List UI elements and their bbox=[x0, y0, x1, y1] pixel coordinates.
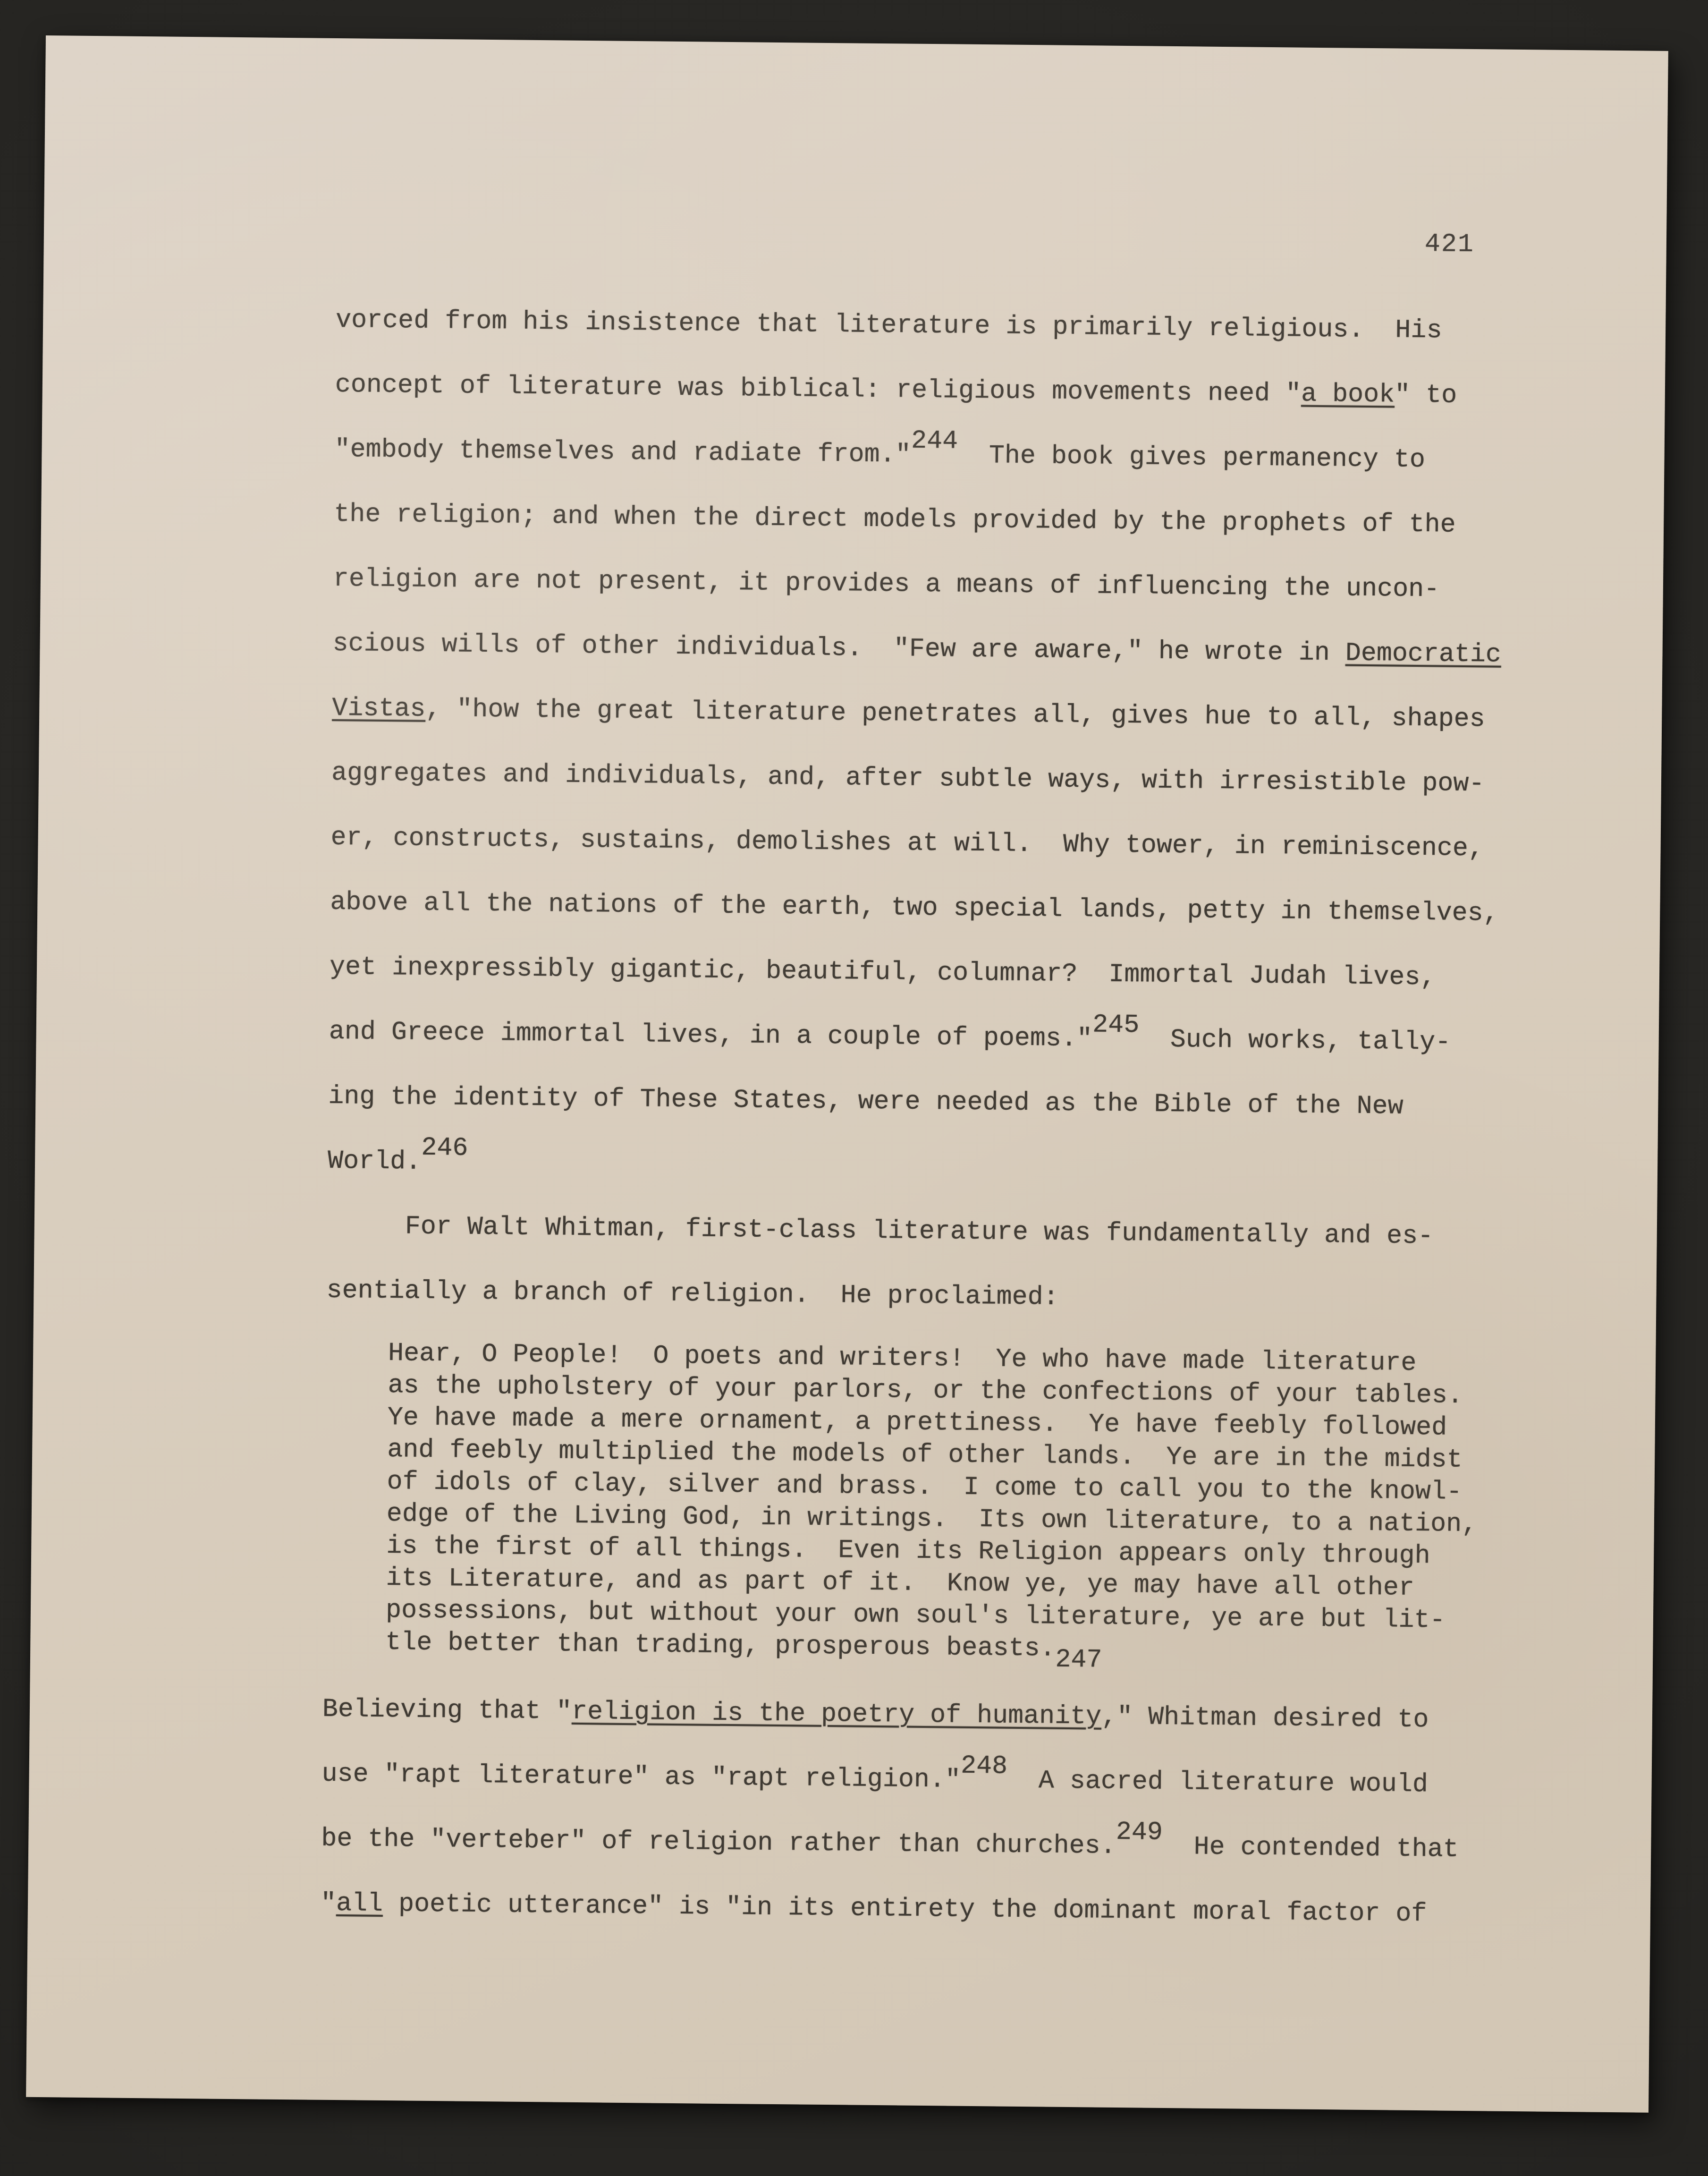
text-segment: yet inexpressibly gigantic, beautiful, c… bbox=[330, 952, 1436, 992]
footnote-marker: 248 bbox=[961, 1751, 1008, 1781]
text-segment: He contended that bbox=[1162, 1832, 1459, 1864]
text-line: and Greece immortal lives, in a couple o… bbox=[329, 999, 1623, 1076]
footnote-marker: 249 bbox=[1116, 1817, 1163, 1847]
text-line: "all poetic utterance" is "in its entire… bbox=[320, 1871, 1614, 1948]
text-segment: aggregates and individuals, and, after s… bbox=[331, 758, 1485, 799]
text-segment: , "how the great literature penetrates a… bbox=[425, 694, 1485, 734]
text-line: sentially a branch of religion. He procl… bbox=[326, 1258, 1620, 1335]
document-text: vorced from his insistence that literatu… bbox=[320, 288, 1629, 1948]
text-line: concept of literature was biblical: reli… bbox=[335, 352, 1629, 429]
text-segment: tle better than trading, prosperous beas… bbox=[385, 1627, 1056, 1664]
footnote-marker: 244 bbox=[911, 425, 958, 456]
text-line: "embody themselves and radiate from."244… bbox=[334, 417, 1628, 494]
text-line: ing the identity of These States, were n… bbox=[328, 1064, 1622, 1141]
text-segment: For Walt Whitman, first-class literature… bbox=[327, 1211, 1434, 1251]
text-line: aggregates and individuals, and, after s… bbox=[331, 740, 1625, 817]
text-segment: sentially a branch of religion. He procl… bbox=[326, 1275, 1059, 1312]
text-segment: religion are not present, it provides a … bbox=[333, 564, 1440, 604]
underlined-text: all bbox=[336, 1888, 383, 1919]
photo-background: 421 vorced from his insistence that lite… bbox=[0, 0, 1708, 2176]
text-segment: be the "verteber" of religion rather tha… bbox=[321, 1824, 1116, 1861]
page-number: 421 bbox=[1425, 229, 1475, 259]
text-line: the religion; and when the direct models… bbox=[334, 482, 1628, 559]
block-quote: Hear, O People! O poets and writers! Ye … bbox=[323, 1337, 1619, 1670]
footnote-marker: 246 bbox=[421, 1132, 468, 1163]
text-segment: er, constructs, sustains, demolishes at … bbox=[330, 823, 1484, 863]
text-segment: ing the identity of These States, were n… bbox=[328, 1081, 1404, 1122]
text-segment: " to bbox=[1395, 380, 1457, 410]
underlined-text: Vistas bbox=[332, 693, 426, 724]
footnote-marker: 245 bbox=[1092, 1010, 1140, 1040]
text-segment: World. bbox=[328, 1146, 422, 1177]
text-line: er, constructs, sustains, demolishes at … bbox=[330, 805, 1624, 882]
text-line: World.246 bbox=[327, 1129, 1621, 1206]
footnote-marker: 247 bbox=[1055, 1645, 1102, 1675]
text-segment: Believing that " bbox=[322, 1694, 572, 1726]
text-segment: " bbox=[321, 1888, 337, 1918]
text-line: yet inexpressibly gigantic, beautiful, c… bbox=[329, 935, 1623, 1011]
text-line: religion are not present, it provides a … bbox=[333, 546, 1627, 623]
underlined-text: Democratic bbox=[1345, 638, 1502, 669]
text-segment: scious wills of other individuals. "Few … bbox=[332, 629, 1345, 668]
paragraph-2: For Walt Whitman, first-class literature… bbox=[326, 1193, 1621, 1335]
text-segment: the religion; and when the direct models… bbox=[334, 499, 1456, 540]
paragraph-3: Believing that "religion is the poetry o… bbox=[320, 1677, 1616, 1948]
text-line: Believing that "religion is the poetry o… bbox=[322, 1677, 1616, 1754]
text-line: For Walt Whitman, first-class literature… bbox=[327, 1193, 1621, 1270]
text-segment: Such works, tally- bbox=[1139, 1024, 1451, 1057]
text-segment: "embody themselves and radiate from." bbox=[334, 434, 911, 470]
document-page: 421 vorced from his insistence that lite… bbox=[26, 35, 1668, 2113]
text-line: be the "verteber" of religion rather tha… bbox=[321, 1806, 1615, 1883]
text-segment: concept of literature was biblical: reli… bbox=[335, 370, 1302, 409]
text-segment: and Greece immortal lives, in a couple o… bbox=[329, 1017, 1092, 1054]
text-segment: use "rapt literature" as "rapt religion.… bbox=[321, 1759, 961, 1795]
text-line: scious wills of other individuals. "Few … bbox=[332, 611, 1626, 688]
paragraph-1: vorced from his insistence that literatu… bbox=[327, 288, 1629, 1206]
text-segment: ," Whitman desired to bbox=[1101, 1702, 1429, 1735]
text-line: above all the nations of the earth, two … bbox=[330, 870, 1624, 947]
text-segment: A sacred literature would bbox=[1007, 1766, 1429, 1800]
underlined-text: a book bbox=[1301, 379, 1395, 410]
text-segment: vorced from his insistence that literatu… bbox=[336, 305, 1442, 345]
text-line: vorced from his insistence that literatu… bbox=[336, 288, 1630, 365]
text-line: use "rapt literature" as "rapt religion.… bbox=[321, 1742, 1615, 1819]
text-segment: poetic utterance" is "in its entirety th… bbox=[383, 1889, 1427, 1929]
text-segment: The book gives permanency to bbox=[957, 441, 1425, 475]
underlined-text: religion is the poetry of humanity bbox=[572, 1697, 1102, 1732]
text-segment: above all the nations of the earth, two … bbox=[330, 887, 1499, 928]
text-line: Vistas, "how the great literature penetr… bbox=[332, 676, 1626, 753]
